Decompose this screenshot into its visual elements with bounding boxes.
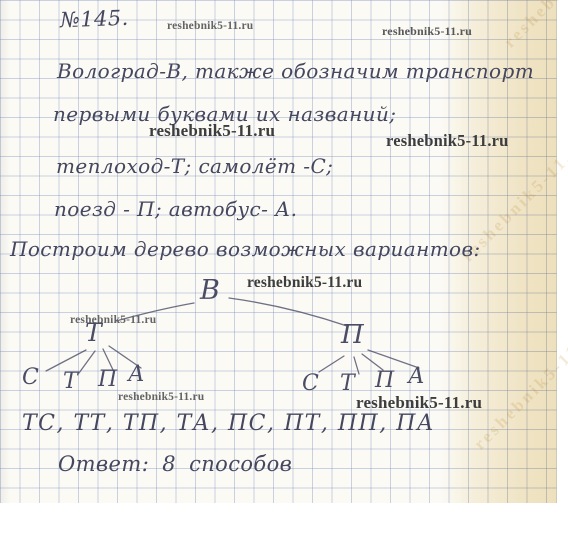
answer-line: Ответ: 8 способов: [58, 452, 292, 476]
tree-leaf: Т: [340, 371, 355, 396]
site-watermark: reshebnik5-11.ru: [382, 24, 472, 39]
tree-leaf: А: [408, 364, 425, 389]
tree-leaf: П: [375, 368, 395, 393]
problem-number: №145.: [60, 6, 129, 32]
tree-leaf: А: [128, 362, 145, 387]
handwritten-line-3: теплоход-Т; самолёт -С;: [56, 154, 333, 178]
site-watermark: reshebnik5-11.ru: [118, 391, 204, 403]
tree-leaf: С: [302, 371, 319, 396]
combinations-line: ТС, ТТ, ТП, ТА, ПС, ПТ, ПП, ПА: [22, 411, 435, 436]
site-watermark: reshebnik5-11.ru: [149, 121, 275, 141]
tree-leaf: Т: [63, 369, 78, 394]
site-watermark: reshebnik5-11.ru: [386, 131, 509, 151]
site-watermark: reshebnik5-11.ru: [167, 20, 253, 32]
tree-node-left: Т: [85, 318, 102, 347]
tree-leaf: С: [22, 365, 39, 390]
site-watermark: reshebnik5-11.ru: [70, 314, 156, 326]
tree-leaf: П: [98, 367, 118, 392]
tree-root-node: В: [200, 275, 220, 306]
handwritten-line-5: Построим дерево возможных вариантов:: [10, 237, 481, 261]
site-watermark: reshebnik5-11.ru: [356, 393, 482, 413]
handwritten-line-4: поезд - П; автобус- А.: [54, 197, 297, 221]
tree-node-right: П: [341, 320, 364, 350]
site-watermark: reshebnik5-11.ru: [247, 274, 362, 292]
handwritten-line-1: Волоград-В, также обозначим транспорт: [57, 59, 534, 83]
